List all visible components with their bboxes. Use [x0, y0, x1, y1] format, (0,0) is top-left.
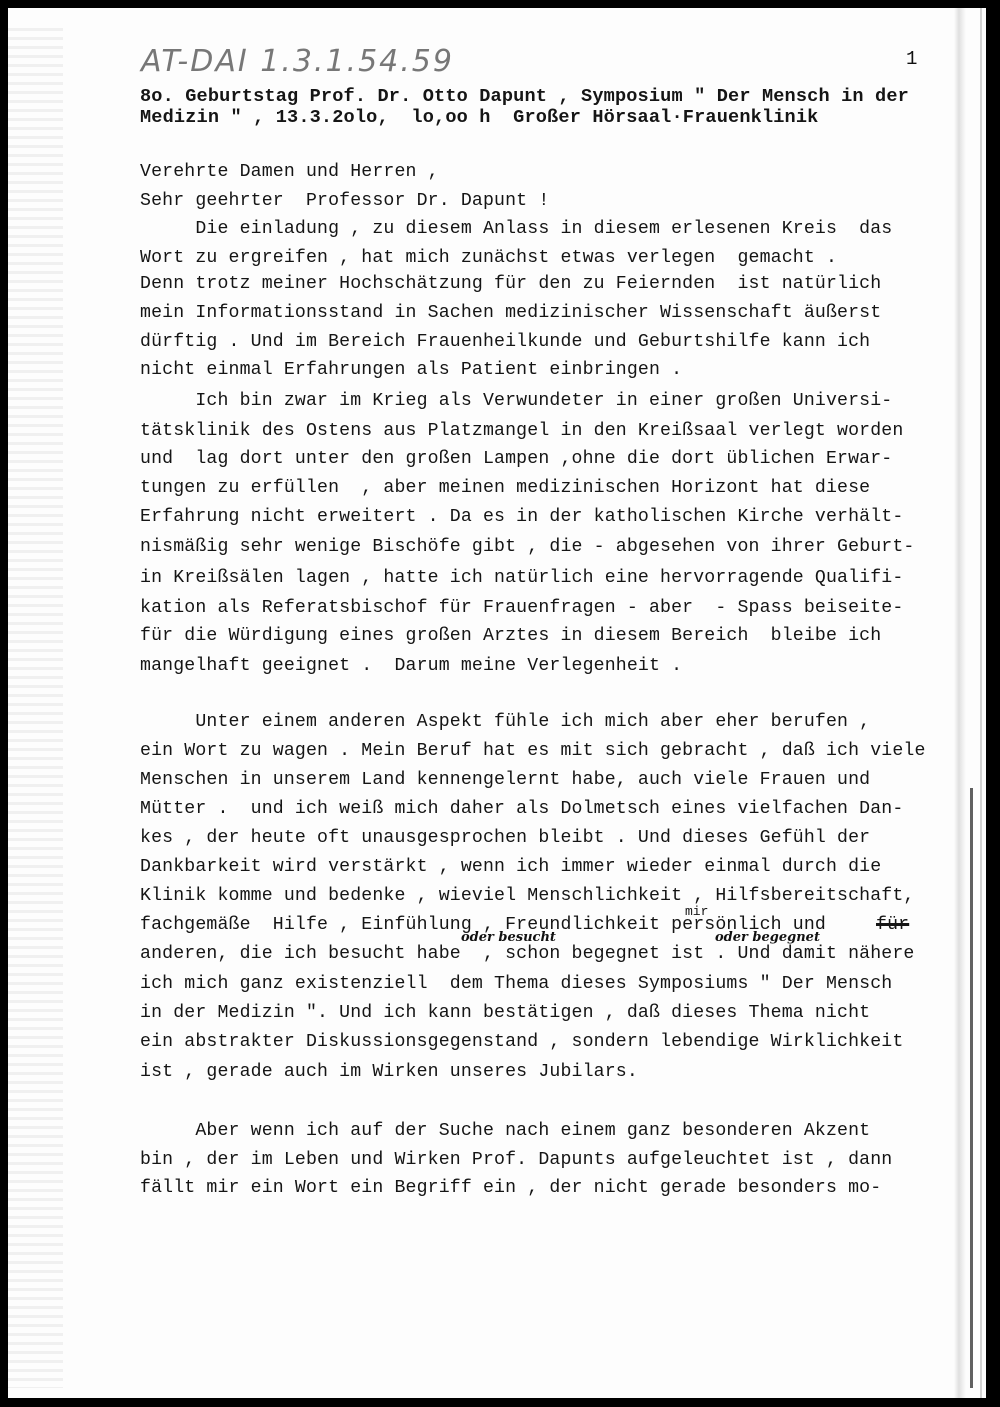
struck-word-fur: für — [876, 915, 909, 935]
body-line: und lag dort unter den großen Lampen ,oh… — [140, 449, 892, 469]
body-line: Menschen in unserem Land kennengelernt h… — [140, 770, 870, 790]
body-line: Dankbarkeit wird verstärkt , wenn ich im… — [140, 857, 881, 877]
body-line: mangelhaft geeignet . Darum meine Verleg… — [140, 656, 682, 676]
handwritten-note-oder-begegnet: oder begegnet — [715, 930, 820, 945]
scanned-document-page: AT-DAI 1.3.1.54.59 1 8o. Geburtstag Prof… — [8, 8, 986, 1398]
body-line: Wort zu ergreifen , hat mich zunächst et… — [140, 248, 837, 268]
handwritten-note-oder-besucht: oder besucht — [461, 930, 556, 945]
scan-artifact-right — [954, 8, 966, 1398]
body-line: für die Würdigung eines großen Arztes in… — [140, 626, 881, 646]
body-line: kation als Referatsbischof für Frauenfra… — [140, 598, 903, 618]
page-number: 1 — [906, 48, 917, 70]
body-line: Denn trotz meiner Hochschätzung für den … — [140, 274, 881, 294]
body-line: ich mich ganz existenziell dem Thema die… — [140, 974, 892, 994]
archive-id-stamp: AT-DAI 1.3.1.54.59 — [141, 44, 454, 79]
body-line: anderen, die ich besucht habe , schon be… — [140, 944, 915, 964]
body-line: mein Informationsstand in Sachen medizin… — [140, 303, 881, 323]
body-line: fällt mir ein Wort ein Begriff ein , der… — [140, 1178, 881, 1198]
body-line: ist , gerade auch im Wirken unseres Jubi… — [140, 1062, 638, 1082]
salutation-line-2: Sehr geehrter Professor Dr. Dapunt ! — [140, 191, 549, 211]
body-line: Ich bin zwar im Krieg als Verwundeter in… — [140, 391, 892, 411]
body-line: nismäßig sehr wenige Bischöfe gibt , die… — [140, 537, 915, 557]
body-line: Die einladung , zu diesem Anlass in dies… — [140, 219, 892, 239]
scan-artifact-edge — [980, 8, 982, 1398]
body-line: bin , der im Leben und Wirken Prof. Dapu… — [140, 1150, 892, 1170]
header-line-1: 8o. Geburtstag Prof. Dr. Otto Dapunt , S… — [140, 86, 909, 107]
body-line: ein Wort zu wagen . Mein Beruf hat es mi… — [140, 741, 926, 761]
scan-artifact-line — [970, 788, 973, 1388]
salutation-line-1: Verehrte Damen und Herren , — [140, 162, 439, 182]
header-line-2: Medizin " , 13.3.2olo, lo,oo h Großer Hö… — [140, 107, 818, 128]
body-line: tungen zu erfüllen , aber meinen medizin… — [140, 478, 870, 498]
body-line: tätsklinik des Ostens aus Platzmangel in… — [140, 421, 903, 441]
body-line: nicht einmal Erfahrungen als Patient ein… — [140, 360, 682, 380]
inserted-word-mir: mir — [685, 904, 708, 919]
body-line: Klinik komme und bedenke , wieviel Mensc… — [140, 886, 915, 906]
body-line: Mütter . und ich weiß mich daher als Dol… — [140, 799, 903, 819]
body-line: Aber wenn ich auf der Suche nach einem g… — [140, 1121, 870, 1141]
body-line: dürftig . Und im Bereich Frauenheilkunde… — [140, 332, 870, 352]
body-line: ein abstrakter Diskussionsgegenstand , s… — [140, 1032, 903, 1052]
body-line: Erfahrung nicht erweitert . Da es in der… — [140, 507, 903, 527]
body-line: in der Medizin ". Und ich kann bestätige… — [140, 1003, 870, 1023]
body-line: in Kreißsälen lagen , hatte ich natürlic… — [140, 568, 903, 588]
scan-artifact-left — [8, 28, 63, 1388]
body-line: Unter einem anderen Aspekt fühle ich mic… — [140, 712, 870, 732]
body-line: kes , der heute oft unausgesprochen blei… — [140, 828, 870, 848]
